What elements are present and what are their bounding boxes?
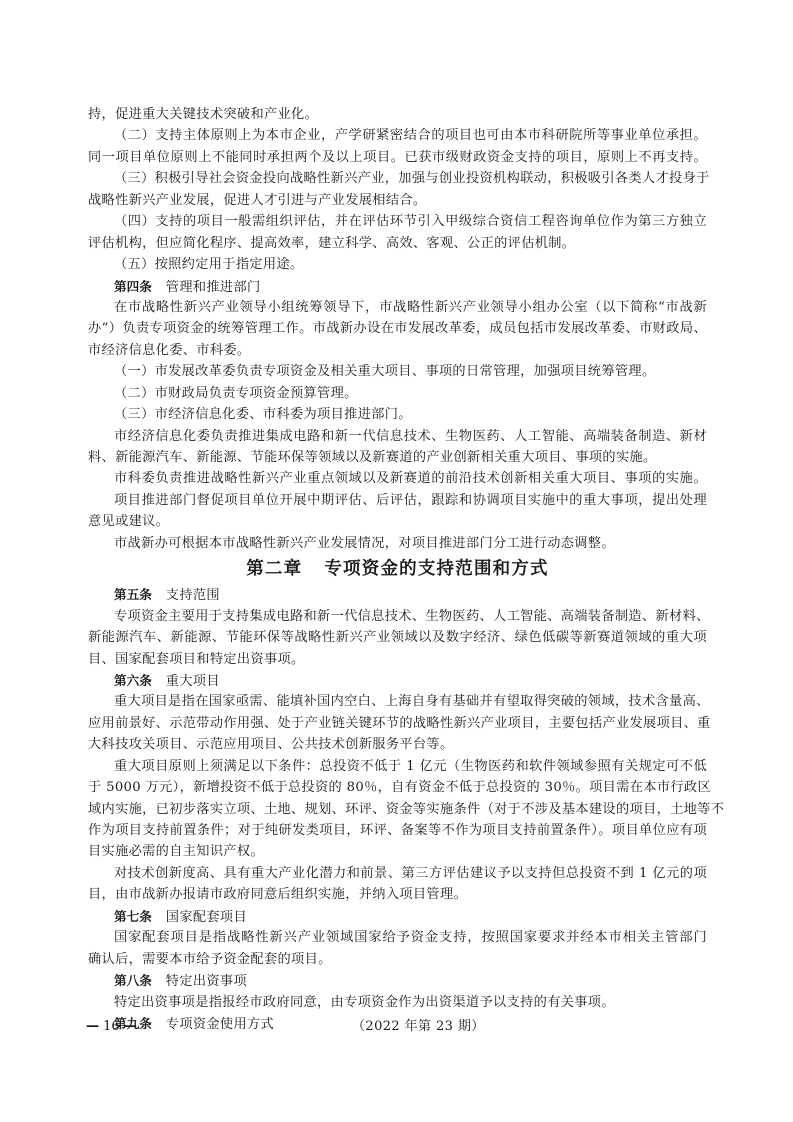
article-heading-4: 第四条管理和推进部门: [88, 276, 707, 297]
paragraph-line: 对技术创新度高、具有重大产业化潜力和前景、第三方评估建议予以支持但总投资不到 1…: [88, 863, 707, 884]
article-number: 第五条: [114, 587, 152, 602]
article-number: 第六条: [114, 673, 152, 688]
paragraph-line: 域内实施，已初步落实立项、土地、规划、环评、资金等实施条件（对于不涉及基本建设的…: [88, 799, 707, 820]
chapter-title: 专项资金的支持范围和方式: [324, 559, 548, 579]
paragraph-line: 重大项目原则上须满足以下条件：总投资不低于 1 亿元（生物医药和软件领域参照有关…: [88, 756, 707, 777]
paragraph-line: 战略性新兴产业发展，促进人才引进与产业发展相结合。: [88, 190, 707, 211]
article-heading-6: 第六条重大项目: [88, 670, 707, 691]
article-heading-7: 第七条国家配套项目: [88, 906, 707, 927]
article-number: 第七条: [114, 909, 152, 924]
article-title: 特定出资事项: [166, 974, 247, 989]
article-heading-8: 第八条特定出资事项: [88, 970, 707, 991]
article-title: 管理和推进部门: [166, 280, 261, 295]
article-number: 第八条: [114, 973, 152, 988]
article-title: 重大项目: [166, 674, 220, 689]
page-number-value: 16: [103, 1019, 120, 1034]
paragraph-line: 目实施必需的自主知识产权。: [88, 841, 707, 862]
paragraph-line: 评估机构，但应简化程序、提高效率，建立科学、高效、客观、公正的评估机制。: [88, 233, 707, 254]
paragraph-line: （四）支持的项目一般需组织评估，并在评估环节引入甲级综合资信工程咨询单位作为第三…: [88, 211, 707, 232]
paragraph-line: 专项资金主要用于支持集成电路和新一代信息技术、生物医药、人工智能、高端装备制造、…: [88, 606, 707, 627]
paragraph-line: 确认后，需要本市给予资金配套的项目。: [88, 949, 707, 970]
paragraph-line: （二）支持主体原则上为本市企业，产学研紧密结合的项目也可由本市科研院所等事业单位…: [88, 125, 707, 146]
paragraph-line: （一）市发展改革委负责专项资金及相关重大项目、事项的日常管理，加强项目统筹管理。: [88, 361, 707, 382]
paragraph-line: 市经济信息化委负责推进集成电路和新一代信息技术、生物医药、人工智能、高端装备制造…: [88, 426, 707, 447]
paragraph-line: 大科技攻关项目、示范应用项目、公共技术创新服务平台等。: [88, 734, 707, 755]
paragraph-line: 应用前景好、示范带动作用强、处于产业链关键环节的战略性新兴产业项目，主要包括产业…: [88, 713, 707, 734]
paragraph-line: 办”）负责专项资金的统筹管理工作。市战新办设在市发展改革委，成员包括市发展改革委…: [88, 318, 707, 339]
paragraph-line: 意见或建议。: [88, 511, 707, 532]
paragraph-line: （二）市财政局负责专项资金预算管理。: [88, 383, 707, 404]
paragraph-line: 市科委负责推进战略性新兴产业重点领域以及新赛道的前沿技术创新相关重大项目、事项的…: [88, 468, 707, 489]
dash-left: —: [86, 1019, 99, 1034]
paragraph-line: （三）市经济信息化委、市科委为项目推进部门。: [88, 404, 707, 425]
page-footer: — 16 — （2022 年第 23 期）: [86, 1016, 706, 1038]
paragraph-line: 市战新办可根据本市战略性新兴产业发展情况，对项目推进部门分工进行动态调整。: [88, 533, 707, 554]
paragraph-line: 同一项目单位原则上不能同时承担两个及以上项目。已获市级财政资金支持的项目，原则上…: [88, 147, 707, 168]
paragraph-line: （三）积极引导社会资金投向战略性新兴产业，加强与创业投资机构联动，积极吸引各类人…: [88, 168, 707, 189]
paragraph-line: 料、新能源汽车、新能源、节能环保等领域以及新赛道的产业创新相关重大项目、事项的实…: [88, 447, 707, 468]
paragraph-line: 目，由市战新办报请市政府同意后组织实施，并纳入项目管理。: [88, 884, 707, 905]
paragraph-line: 特定出资事项是指报经市政府同意，由专项资金作为出资渠道予以支持的有关事项。: [88, 992, 707, 1013]
paragraph-line: 持，促进重大关键技术突破和产业化。: [88, 104, 707, 125]
chapter-number: 第二章: [246, 559, 302, 579]
paragraph-line: （五）按照约定用于指定用途。: [88, 254, 707, 275]
chapter-heading: 第二章专项资金的支持范围和方式: [88, 554, 707, 584]
paragraph-line: 目、国家配套项目和特定出资事项。: [88, 649, 707, 670]
page-number: — 16 —: [86, 1016, 137, 1038]
paragraph-line: 项目推进部门督促项目单位开展中期评估、后评估，跟踪和协调项目实施中的重大事项，提…: [88, 490, 707, 511]
issue-label: （2022 年第 23 期）: [352, 1016, 485, 1038]
paragraph-line: 国家配套项目是指战略性新兴产业领域国家给予资金支持，按照国家要求并经本市相关主管…: [88, 927, 707, 948]
document-body: 持，促进重大关键技术突破和产业化。 （二）支持主体原则上为本市企业，产学研紧密结…: [88, 104, 707, 1034]
article-heading-5: 第五条支持范围: [88, 584, 707, 605]
article-title: 支持范围: [166, 588, 220, 603]
paragraph-line: 重大项目是指在国家亟需、能填补国内空白、上海自身有基础并有望取得突破的领域，技术…: [88, 691, 707, 712]
paragraph-line: 于 5000 万元），新增投资不低于总投资的 80％，自有资金不低于总投资的 3…: [88, 777, 707, 798]
paragraph-line: 市经济信息化委、市科委。: [88, 340, 707, 361]
paragraph-line: 作为项目支持前置条件；对于纯研发类项目，环评、备案等不作为项目支持前置条件）。项…: [88, 820, 707, 841]
paragraph-line: 新能源汽车、新能源、节能环保等战略性新兴产业领域以及数字经济、绿色低碳等新赛道领…: [88, 627, 707, 648]
article-title: 国家配套项目: [166, 910, 247, 925]
paragraph-line: 在市战略性新兴产业领导小组统筹领导下，市战略性新兴产业领导小组办公室（以下简称“…: [88, 297, 707, 318]
dash-right: —: [124, 1019, 137, 1034]
article-number: 第四条: [114, 279, 152, 294]
